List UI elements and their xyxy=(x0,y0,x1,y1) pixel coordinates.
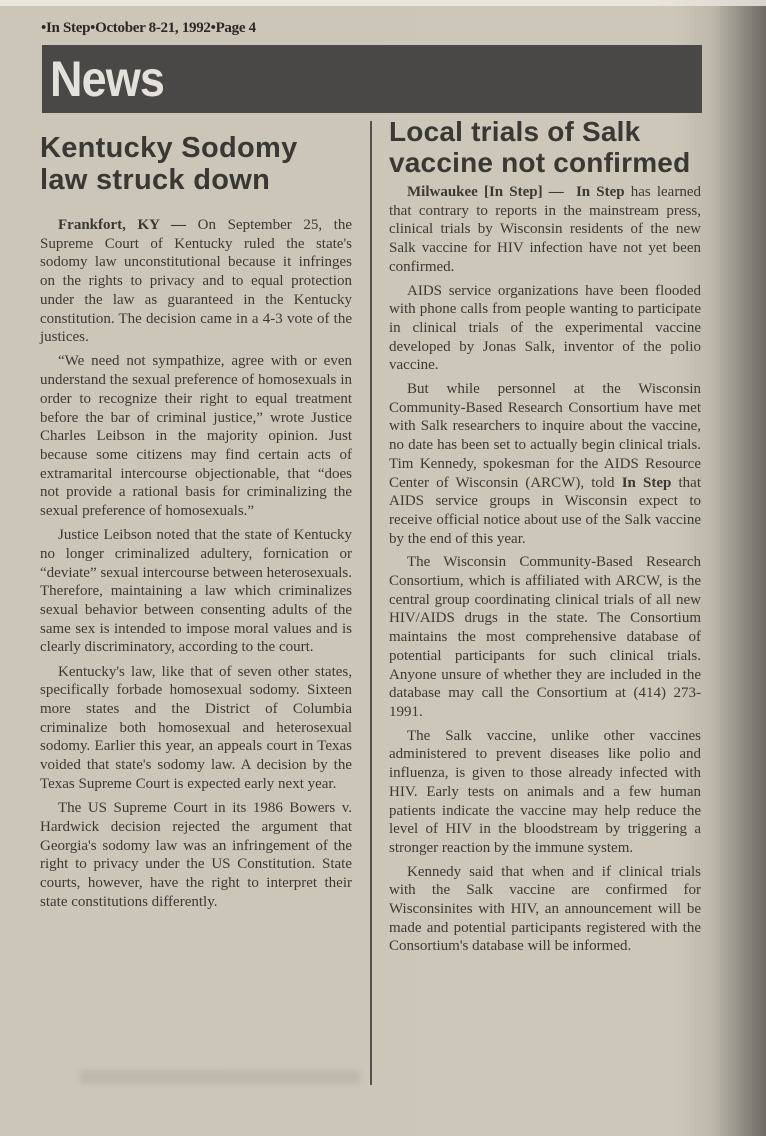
article-paragraph: But while personnel at the Wisconsin Com… xyxy=(389,380,701,548)
publication-name: In Step xyxy=(622,475,672,491)
page-edge xyxy=(0,0,766,6)
newspaper-page: •In Step•October 8-21, 1992•Page 4 News … xyxy=(0,0,766,1136)
print-bleed-through xyxy=(80,1070,360,1084)
article-paragraph: Kennedy said that when and if clinical t… xyxy=(389,863,701,957)
article-headline: Kentucky Sodomy law struck down xyxy=(40,132,352,196)
article-kentucky: Kentucky Sodomy law struck down Frankfor… xyxy=(40,132,352,917)
article-paragraph: Kentucky's law, like that of seven other… xyxy=(40,663,352,794)
article-paragraph: AIDS service organizations have been flo… xyxy=(389,282,701,376)
paragraph-text: On September 25, the Supreme Court of Ke… xyxy=(40,217,352,345)
section-title: News xyxy=(50,49,164,109)
article-paragraph: Frankfort, KY — On September 25, the Sup… xyxy=(40,216,352,347)
article-salk-vaccine: Local trials of Salk vaccine not confirm… xyxy=(389,116,701,961)
article-headline: Local trials of Salk vaccine not confirm… xyxy=(389,116,701,178)
article-paragraph: Justice Leibson noted that the state of … xyxy=(40,526,352,657)
publication-name: In Step xyxy=(576,184,625,200)
dateline: Frankfort, KY — xyxy=(58,217,186,233)
article-paragraph: Milwaukee [In Step] — In Step has learne… xyxy=(389,183,701,277)
article-paragraph: “We need not sympathize, agree with or e… xyxy=(40,352,352,520)
dateline: Milwaukee [In Step] — xyxy=(407,184,564,200)
column-divider xyxy=(370,121,372,1085)
running-head: •In Step•October 8-21, 1992•Page 4 xyxy=(41,20,256,37)
article-paragraph: The Salk vaccine, unlike other vaccines … xyxy=(389,727,701,858)
article-paragraph: The Wisconsin Community-Based Research C… xyxy=(389,553,701,721)
section-banner: News xyxy=(42,45,702,113)
article-paragraph: The US Supreme Court in its 1986 Bowers … xyxy=(40,799,352,911)
